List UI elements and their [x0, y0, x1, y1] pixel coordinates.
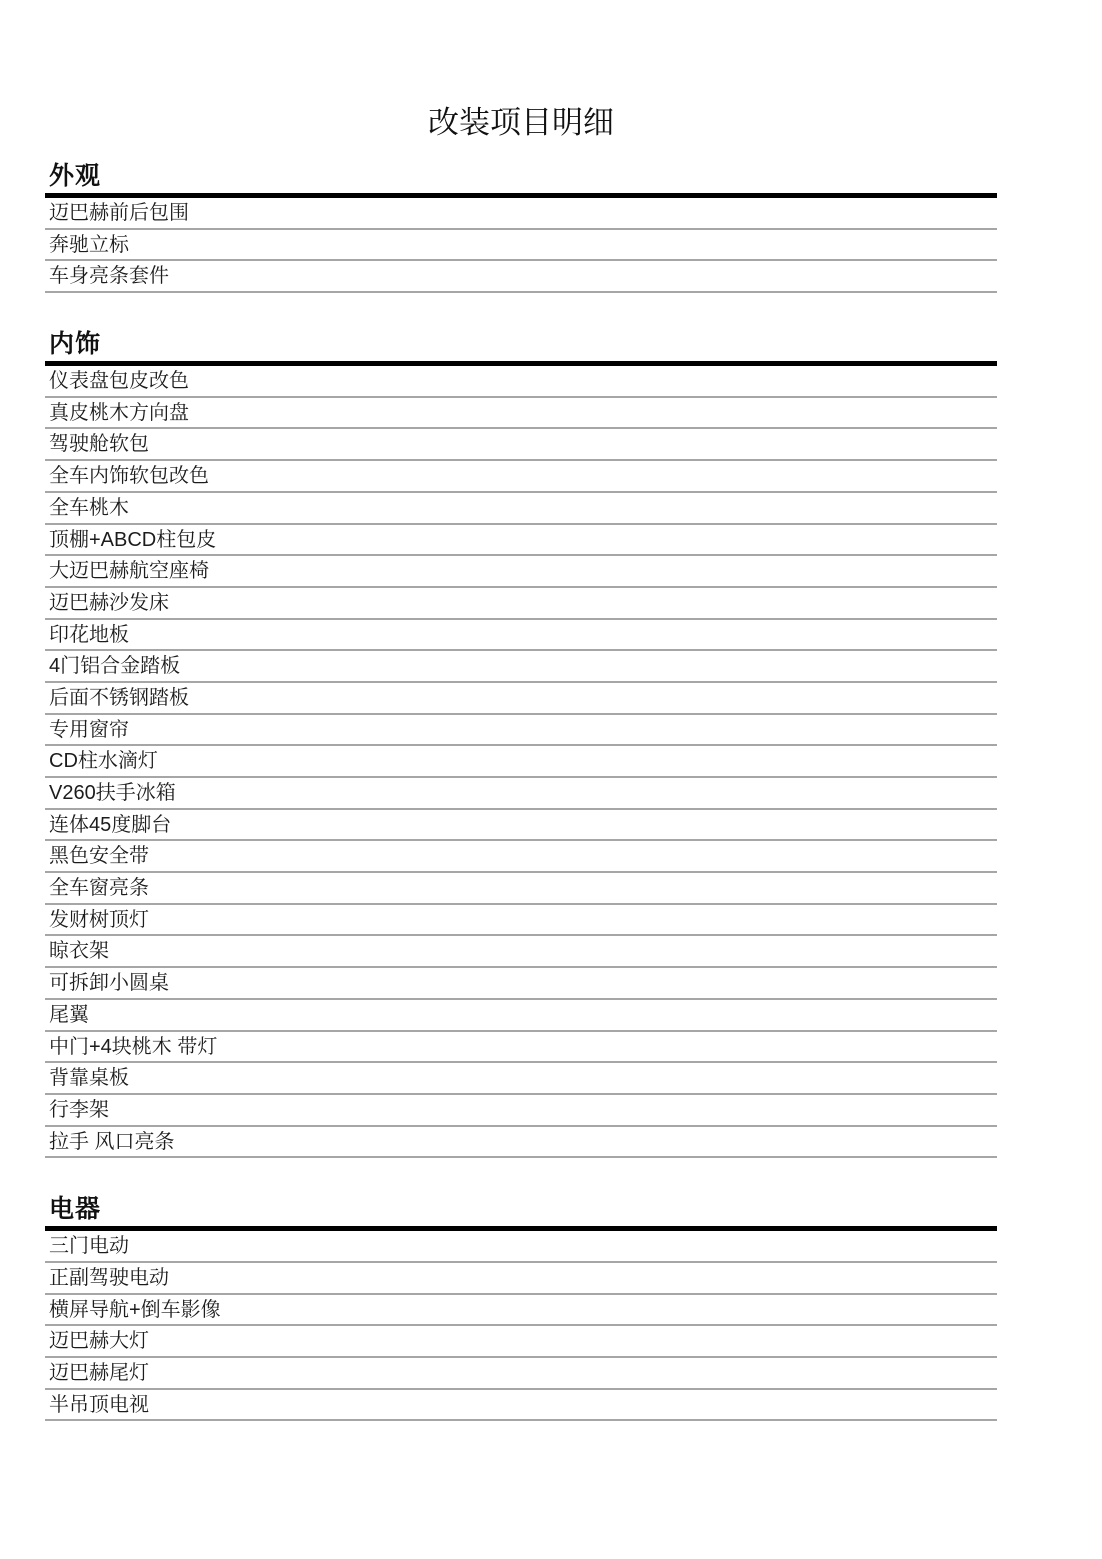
list-item: 专用窗帘	[45, 715, 997, 747]
list-item: 仪表盘包皮改色	[45, 366, 997, 398]
section: 内饰仪表盘包皮改色真皮桃木方向盘驾驶舱软包全车内饰软包改色全车桃木顶棚+ABCD…	[45, 329, 997, 1158]
list-item: 真皮桃木方向盘	[45, 398, 997, 430]
list-item: 三门电动	[45, 1231, 997, 1263]
list-item: 晾衣架	[45, 936, 997, 968]
list-item: 迈巴赫尾灯	[45, 1358, 997, 1390]
list-item: 迈巴赫前后包围	[45, 198, 997, 230]
list-item: 连体45度脚台	[45, 810, 997, 842]
list-item: 大迈巴赫航空座椅	[45, 556, 997, 588]
list-item: 顶棚+ABCD柱包皮	[45, 525, 997, 557]
list-item: CD柱水滴灯	[45, 746, 997, 778]
sections-container: 外观迈巴赫前后包围奔驰立标车身亮条套件内饰仪表盘包皮改色真皮桃木方向盘驾驶舱软包…	[45, 161, 997, 1421]
list-item: 迈巴赫沙发床	[45, 588, 997, 620]
section-title: 电器	[45, 1194, 997, 1231]
list-item: 正副驾驶电动	[45, 1263, 997, 1295]
list-item: 黑色安全带	[45, 841, 997, 873]
list-item: 全车窗亮条	[45, 873, 997, 905]
list-item: 后面不锈钢踏板	[45, 683, 997, 715]
section-title: 内饰	[45, 329, 997, 366]
list-item: 全车内饰软包改色	[45, 461, 997, 493]
list-item: 背靠桌板	[45, 1063, 997, 1095]
list-item: 发财树顶灯	[45, 905, 997, 937]
page-title: 改装项目明细	[45, 0, 997, 145]
list-item: 印花地板	[45, 620, 997, 652]
list-item: 奔驰立标	[45, 230, 997, 262]
list-item: 可拆卸小圆桌	[45, 968, 997, 1000]
list-item: 驾驶舱软包	[45, 429, 997, 461]
list-item: 车身亮条套件	[45, 261, 997, 293]
list-item: 全车桃木	[45, 493, 997, 525]
list-item: 中门+4块桃木 带灯	[45, 1032, 997, 1064]
list-item: 拉手 风口亮条	[45, 1127, 997, 1159]
list-item: 行李架	[45, 1095, 997, 1127]
list-item: 4门铝合金踏板	[45, 651, 997, 683]
list-item: V260扶手冰箱	[45, 778, 997, 810]
list-item: 迈巴赫大灯	[45, 1326, 997, 1358]
list-item: 尾翼	[45, 1000, 997, 1032]
section-title: 外观	[45, 161, 997, 198]
section: 电器三门电动正副驾驶电动横屏导航+倒车影像迈巴赫大灯迈巴赫尾灯半吊顶电视	[45, 1194, 997, 1421]
list-item: 半吊顶电视	[45, 1390, 997, 1422]
list-item: 横屏导航+倒车影像	[45, 1295, 997, 1327]
document-page: 改装项目明细 外观迈巴赫前后包围奔驰立标车身亮条套件内饰仪表盘包皮改色真皮桃木方…	[45, 0, 997, 1421]
section: 外观迈巴赫前后包围奔驰立标车身亮条套件	[45, 161, 997, 293]
